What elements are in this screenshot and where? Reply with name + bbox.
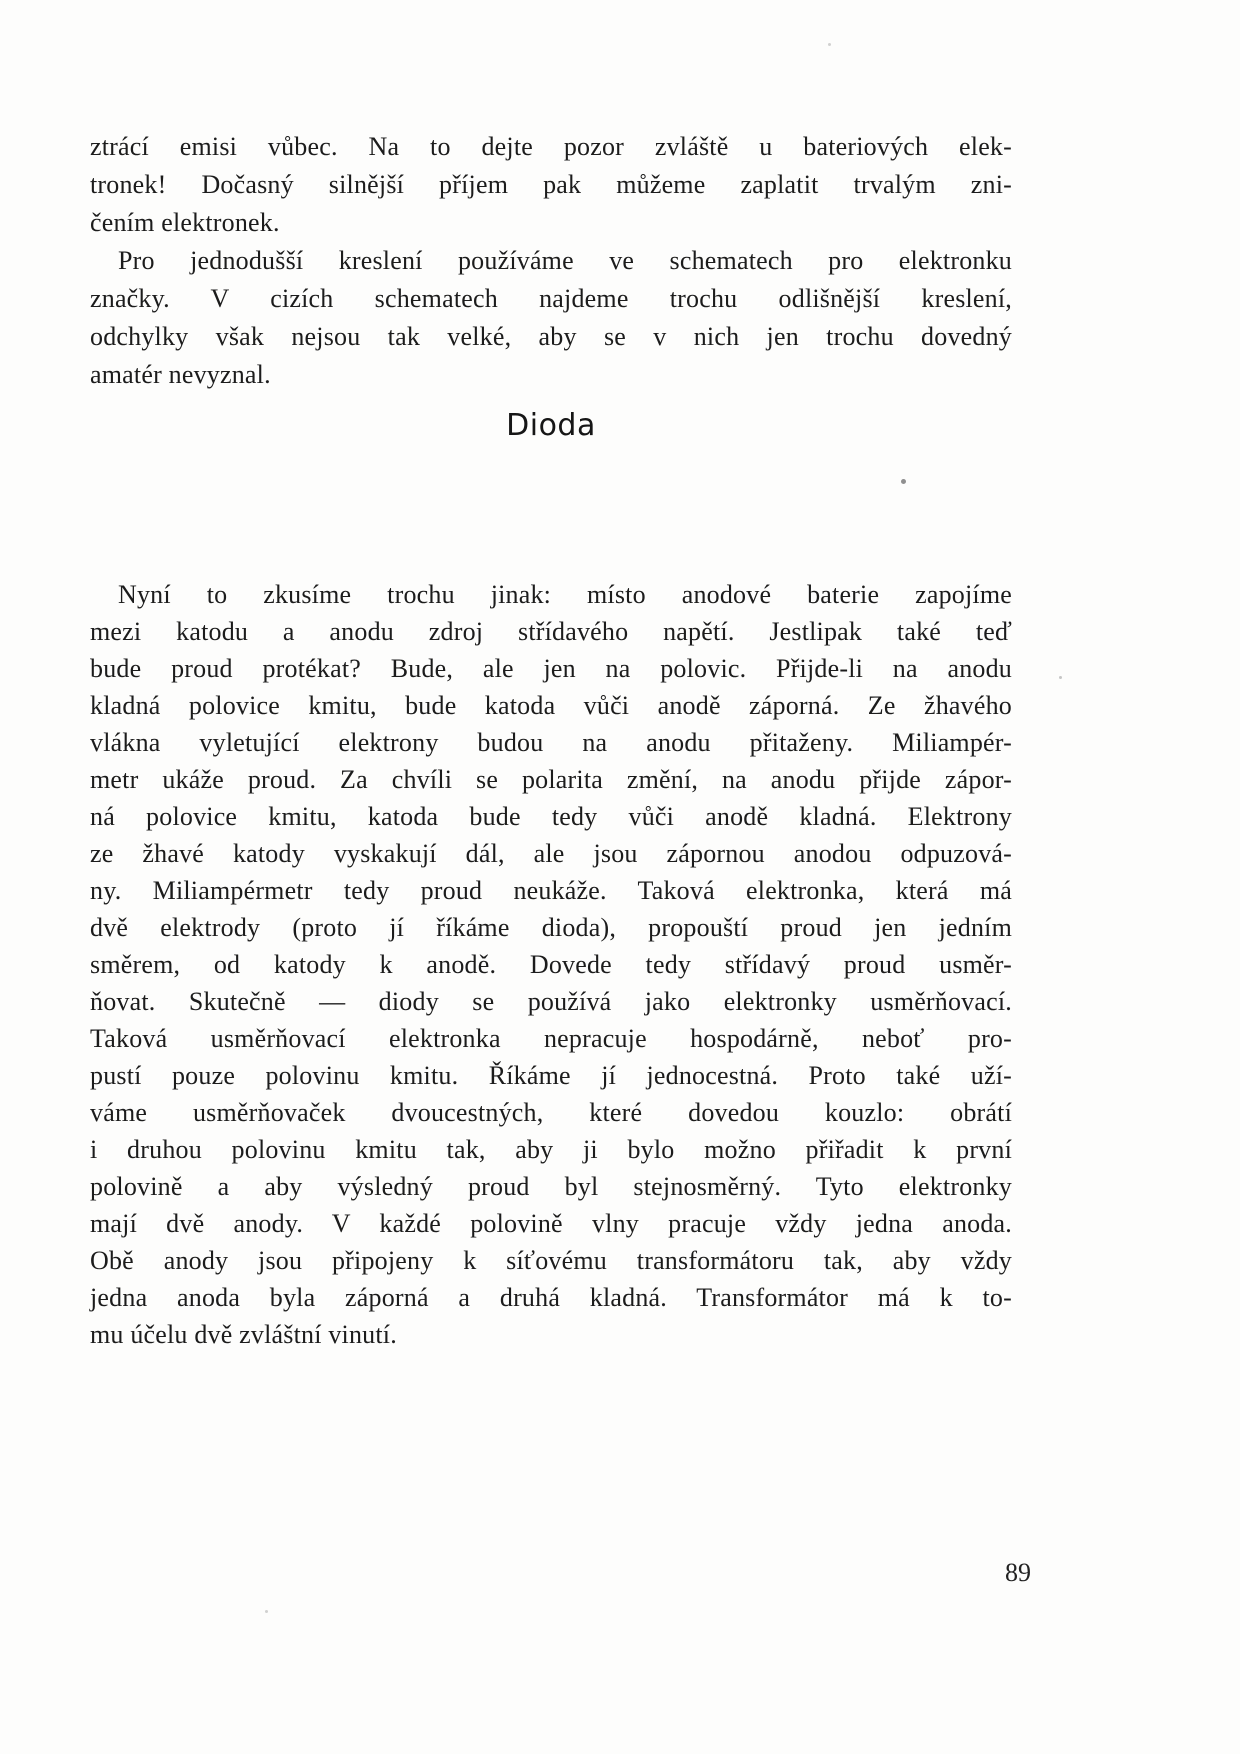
text-line: mu účelu dvě zvláštní vinutí. [90, 1316, 1012, 1353]
text-line: vlákna vyletující elektrony budou na ano… [90, 724, 1012, 761]
scanned-book-page: ztrácí emisi vůbec. Na to dejte pozor zv… [0, 0, 1240, 1754]
text-line: ňovat. Skutečně — diody se používá jako … [90, 983, 1012, 1020]
text-line: i druhou polovinu kmitu tak, aby ji bylo… [90, 1131, 1012, 1168]
scan-speck [1059, 676, 1062, 679]
text-line: dvě elektrody (proto jí říkáme dioda), p… [90, 909, 1012, 946]
text-line: kladná polovice kmitu, bude katoda vůči … [90, 687, 1012, 724]
text-line: pustí pouze polovinu kmitu. Říkáme jí je… [90, 1057, 1012, 1094]
text-line: značky. V cizích schematech najdeme troc… [90, 280, 1012, 318]
text-line: ztrácí emisi vůbec. Na to dejte pozor zv… [90, 128, 1012, 166]
text-line: metr ukáže proud. Za chvíli se polarita … [90, 761, 1012, 798]
text-line: tronek! Dočasný silnější příjem pak může… [90, 166, 1012, 204]
text-line: čením elektronek. [90, 204, 1012, 242]
text-line: amatér nevyznal. [90, 356, 1012, 394]
text-line: ze žhavé katody vyskakují dál, ale jsou … [90, 835, 1012, 872]
text-line: odchylky však nejsou tak velké, aby se v… [90, 318, 1012, 356]
text-line: jedna anoda byla záporná a druhá kladná.… [90, 1279, 1012, 1316]
text-line: ny. Miliampérmetr tedy proud neukáže. Ta… [90, 872, 1012, 909]
page-number: 89 [1005, 1558, 1031, 1588]
scan-speck [828, 43, 831, 46]
text-line: bude proud protékat? Bude, ale jen na po… [90, 650, 1012, 687]
text-line: ná polovice kmitu, katoda bude tedy vůči… [90, 798, 1012, 835]
text-line: Nyní to zkusíme trochu jinak: místo anod… [90, 576, 1012, 613]
text-line: Taková usměrňovací elektronka nepracuje … [90, 1020, 1012, 1057]
scan-speck [265, 1610, 268, 1613]
text-line: směrem, od katody k anodě. Dovede tedy s… [90, 946, 1012, 983]
body-paragraph: Nyní to zkusíme trochu jinak: místo anod… [90, 576, 1012, 1353]
text-line: mezi katodu a anodu zdroj střídavého nap… [90, 613, 1012, 650]
text-line: mají dvě anody. V každé polovině vlny pr… [90, 1205, 1012, 1242]
section-heading: Dioda [90, 408, 1012, 444]
text-line: polovině a aby výsledný proud byl stejno… [90, 1168, 1012, 1205]
body-paragraph: Pro jednodušší kreslení používáme ve sch… [90, 242, 1012, 394]
text-line: váme usměrňovaček dvoucestných, které do… [90, 1094, 1012, 1131]
text-line: Obě anody jsou připojeny k síťovému tran… [90, 1242, 1012, 1279]
scan-speck [901, 479, 906, 484]
body-paragraph: ztrácí emisi vůbec. Na to dejte pozor zv… [90, 128, 1012, 242]
text-line: Pro jednodušší kreslení používáme ve sch… [90, 242, 1012, 280]
